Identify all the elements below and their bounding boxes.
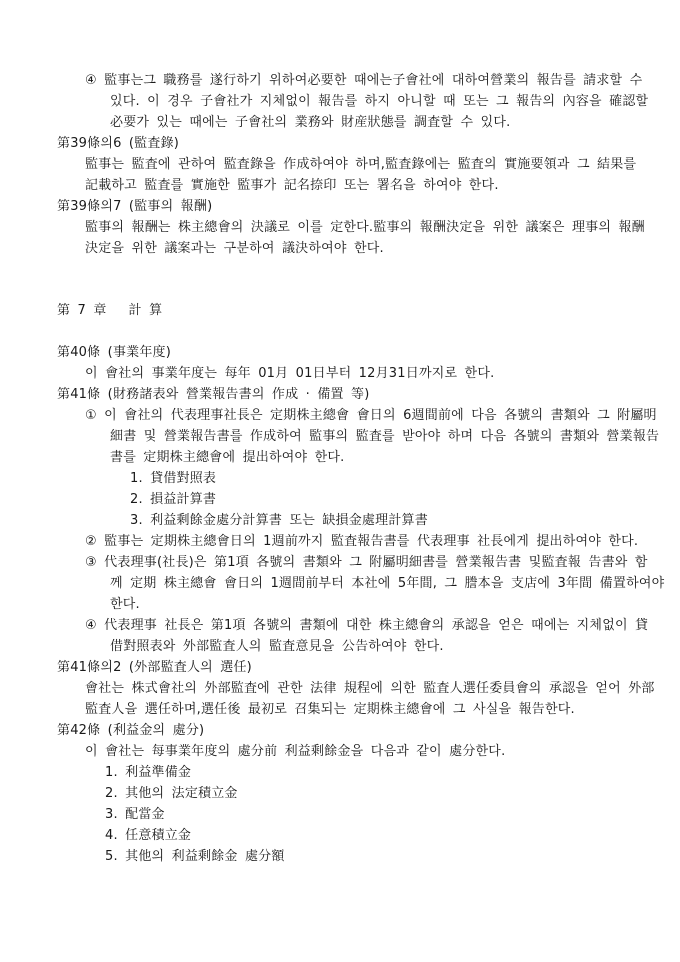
article-heading: 第41條 (財務諸表와 營業報告書의 作成 · 備置 等) (0, 384, 680, 405)
article-heading: 第41條의2 (外部監査人의 選任) (0, 657, 680, 678)
paragraph-line: 記載하고 監査를 實施한 監事가 記名捺印 또는 署名을 하여야 한다. (0, 175, 680, 196)
list-item: 2. 損益計算書 (0, 489, 680, 510)
clause-item-line: ④ 代表理事 社長은 第1項 各號의 書類에 대한 株主總會의 承認을 얻은 때… (0, 615, 680, 636)
article-heading: 第39條의6 (監査錄) (0, 133, 680, 154)
list-item: 3. 利益剩餘金處分計算書 또는 缺損金處理計算書 (0, 510, 680, 531)
continuation-line: 必要가 있는 때에는 子會社의 業務와 財産狀態를 調査할 수 있다. (0, 112, 680, 133)
article-heading: 第40條 (事業年度) (0, 342, 680, 363)
continuation-line: 한다. (0, 594, 680, 615)
paragraph-line: 이 會社의 事業年度는 每年 01月 01日부터 12月31日까지로 한다. (0, 363, 680, 384)
chapter-heading: 第 7 章 計 算 (0, 300, 680, 321)
list-item: 5. 其他의 利益剩餘金 處分額 (0, 846, 680, 867)
paragraph-line: 會社는 株式會社의 外部監査에 관한 法律 規程에 의한 監査人選任委員會의 承… (0, 678, 680, 699)
list-item: 3. 配當金 (0, 804, 680, 825)
continuation-line: 借對照表와 外部監査人의 監査意見을 公告하여야 한다. (0, 636, 680, 657)
clause-item-line: ③ 代表理事(社長)은 第1項 各號의 書類와 그 附屬明細書를 營業報告書 및… (0, 552, 680, 573)
article-heading: 第39條의7 (監事의 報酬) (0, 196, 680, 217)
clause-item-line: ① 이 會社의 代表理事社長은 定期株主總會 會日의 6週間前에 다음 各號의 … (0, 405, 680, 426)
paragraph-line: 決定을 위한 議案과는 구분하여 議決하여야 한다. (0, 238, 680, 259)
document-page: ④ 監事는그 職務를 遂行하기 위하여必要한 때에는子會社에 대하여營業의 報告… (0, 0, 680, 962)
paragraph-line: 監事는 監査에 관하여 監査錄을 作成하여야 하며,監査錄에는 監査의 實施要領… (0, 154, 680, 175)
paragraph-line: 監事의 報酬는 株主總會의 決議로 이를 定한다.監事의 報酬決定을 위한 議案… (0, 217, 680, 238)
paragraph-line: 이 會社는 每事業年度의 處分前 利益剩餘金을 다음과 같이 處分한다. (0, 741, 680, 762)
article-heading: 第42條 (利益金의 處分) (0, 720, 680, 741)
list-item: 1. 利益準備金 (0, 762, 680, 783)
list-item: 4. 任意積立金 (0, 825, 680, 846)
clause-item-line: ② 監事는 定期株主總會日의 1週前까지 監査報告書를 代表理事 社長에게 提出… (0, 531, 680, 552)
paragraph-line: 監査人을 選任하며,選任後 最初로 召集되는 定期株主總會에 그 사실을 報告한… (0, 699, 680, 720)
list-item: 2. 其他의 法定積立金 (0, 783, 680, 804)
continuation-line: 께 定期 株主總會 會日의 1週間前부터 本社에 5年間, 그 謄本을 支店에 … (0, 573, 680, 594)
continuation-line: 있다. 이 경우 子會社가 지체없이 報告를 하지 아니할 때 또는 그 報告의… (0, 91, 680, 112)
clause-item-line: ④ 監事는그 職務를 遂行하기 위하여必要한 때에는子會社에 대하여營業의 報告… (0, 70, 680, 91)
continuation-line: 細書 및 營業報告書를 作成하여 監事의 監査를 받아야 하며 다음 各號의 書… (0, 426, 680, 447)
list-item: 1. 貸借對照表 (0, 468, 680, 489)
continuation-line: 書를 定期株主總會에 提出하여야 한다. (0, 447, 680, 468)
